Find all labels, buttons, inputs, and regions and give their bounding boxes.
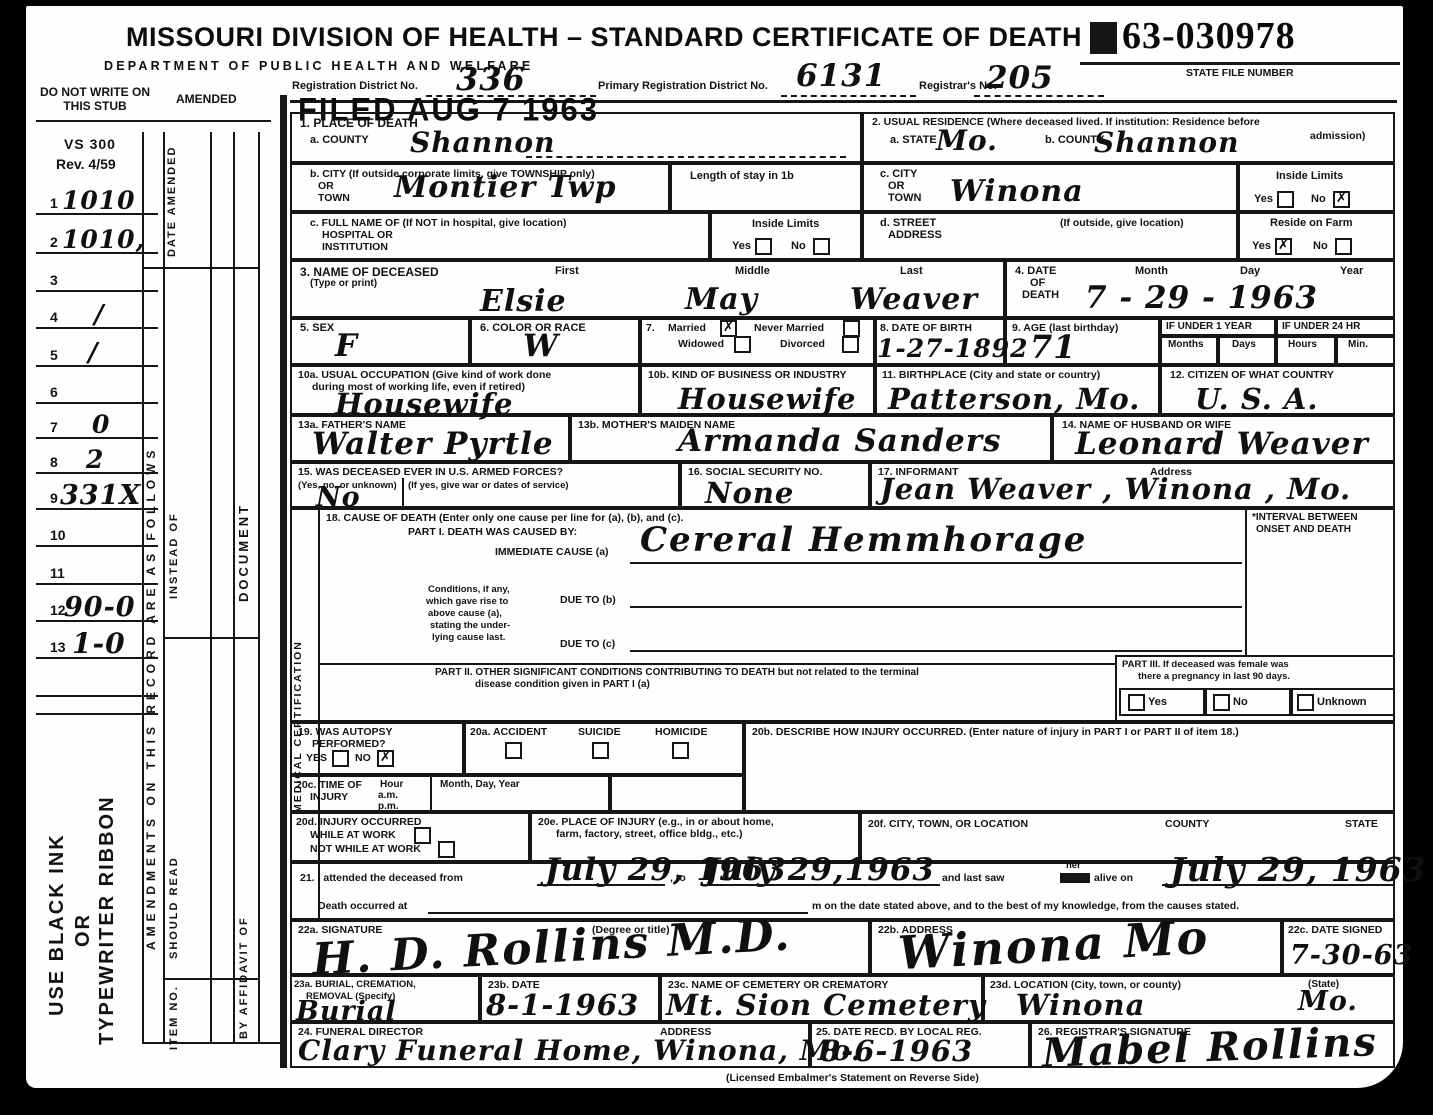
injury-occurred-label: 20d. INJURY OCCURRED	[296, 816, 421, 828]
item7-label: 7.	[646, 322, 655, 334]
age-value: 71	[1030, 328, 1077, 366]
sex-label: 5. SEX	[300, 322, 334, 334]
stub-line-num: 6	[50, 384, 58, 400]
stub-line-value: /	[94, 300, 105, 330]
not-while-work-label: NOT WHILE AT WORK	[310, 843, 421, 855]
industry-value: Housewife	[678, 382, 857, 416]
residence-town-label: TOWN	[888, 192, 921, 204]
conditions-line2: which gave rise to	[426, 596, 508, 607]
state-file-number-label: STATE FILE NUMBER	[1186, 67, 1294, 79]
scanned-death-certificate: MISSOURI DIVISION OF HEALTH – STANDARD C…	[0, 0, 1433, 1115]
occupation-label: 10a. USUAL OCCUPATION (Give kind of work…	[298, 369, 551, 381]
burial-label: 23a. BURIAL, CREMATION,	[294, 979, 416, 990]
farm-label: Reside on Farm	[1270, 217, 1353, 229]
place-heading: 1. PLACE OF DEATH	[300, 116, 418, 130]
residence-limits-yes-checkbox	[1277, 191, 1294, 208]
cemetery-location-value: Winona	[1016, 988, 1145, 1022]
part2-label1: PART II. OTHER SIGNIFICANT CONDITIONS CO…	[435, 667, 919, 678]
residence-city-label: c. CITY	[880, 168, 917, 180]
stub-line-num: 9	[50, 490, 58, 506]
preg-yes-label: Yes	[1148, 696, 1167, 708]
months-label: Months	[1168, 339, 1204, 350]
last-saw-label: and last saw	[942, 872, 1004, 884]
by-affidavit-label: BY AFFIDAVIT OF	[238, 895, 250, 1060]
place-city-value: Montier Twp	[394, 170, 616, 205]
date-amended-label: DATE AMENDED	[166, 140, 178, 262]
cell-time-blank	[610, 775, 744, 812]
dob-value: 1-27-1892	[877, 334, 1029, 363]
citizen-label: 12. CITIZEN OF WHAT COUNTRY	[1170, 369, 1334, 381]
hospital-limits-no-label: No	[791, 240, 806, 252]
stub-line-num: 8	[50, 454, 58, 470]
death-occurred-post: m on the date stated above, and to the b…	[812, 900, 1239, 912]
autopsy-label2: PERFORMED?	[312, 738, 386, 750]
time-injury-label2: INJURY	[310, 791, 348, 803]
middle-label: Middle	[735, 265, 770, 277]
amended-label: AMENDED	[176, 92, 237, 106]
primary-district-value: 6131	[796, 58, 886, 94]
last-name-value: Weaver	[850, 282, 978, 317]
residence-state-value: Mo.	[936, 124, 998, 157]
forces-label: 15. WAS DECEASED EVER IN U.S. ARMED FORC…	[298, 466, 563, 478]
conditions-line3: above cause (a),	[428, 608, 502, 619]
place-county-label: a. COUNTY	[310, 134, 369, 146]
stub-line-value: 1010	[62, 186, 136, 215]
stub-line-value: 331X	[60, 480, 141, 511]
hospital-label2: HOSPITAL OR	[322, 229, 393, 241]
date-signed-label: 22c. DATE SIGNED	[1288, 924, 1382, 936]
hour-label: Hour	[380, 779, 403, 790]
residence-state-label: a. STATE	[890, 134, 937, 146]
alive-on-label: alive on	[1094, 872, 1133, 884]
father-value: Walter Pyrtle	[312, 426, 554, 462]
stub-line-value: 1-0	[72, 627, 126, 660]
part1-label: PART I. DEATH WAS CAUSED BY:	[408, 526, 577, 538]
autopsy-yes-checkbox	[332, 750, 349, 767]
injury-city-label: 20f. CITY, TOWN, OR LOCATION	[868, 818, 1028, 830]
stub-line-num: 1	[50, 195, 58, 211]
middle-name-value: May	[685, 282, 758, 317]
length-stay-label: Length of stay in 1b	[690, 170, 794, 182]
stamp-icon	[1090, 22, 1117, 54]
hospital-limits-label: Inside Limits	[752, 218, 819, 230]
stub-line-num: 4	[50, 309, 58, 325]
amendments-label: AMENDMENTS ON THIS RECORD ARE AS FOLLOWS	[144, 360, 158, 1036]
date-received-value: 8-6-1963	[820, 1034, 973, 1068]
not-while-work-checkbox	[438, 841, 455, 858]
accident-checkbox	[505, 742, 522, 759]
interval-label1: *INTERVAL BETWEEN	[1252, 512, 1358, 523]
interval-label2: ONSET AND DEATH	[1256, 524, 1351, 535]
registrar-no-value: 205	[986, 60, 1054, 96]
conditions-line1: Conditions, if any,	[428, 584, 510, 595]
state-file-number: 63-030978	[1122, 14, 1296, 58]
under1-label: IF UNDER 1 YEAR	[1166, 321, 1252, 332]
should-read-label: SHOULD READ	[168, 840, 180, 975]
death-occurred-label: Death occurred at	[318, 900, 407, 912]
year-label: Year	[1340, 265, 1363, 277]
typewriter-ribbon-label: TYPEWRITER RIBBON	[96, 770, 119, 1070]
autopsy-no-checkbox: ✗	[377, 750, 394, 767]
hospital-label3: INSTITUTION	[322, 241, 388, 253]
autopsy-yes-label: YES	[306, 752, 327, 764]
dod-label1: 4. DATE	[1015, 265, 1056, 277]
page-title: MISSOURI DIVISION OF HEALTH – STANDARD C…	[126, 22, 1082, 53]
month-day-year-label: Month, Day, Year	[440, 779, 520, 790]
dod-label3: DEATH	[1022, 289, 1059, 301]
days-label: Days	[1232, 339, 1256, 350]
place-county-value: Shannon	[410, 126, 555, 159]
hospital-limits-yes-checkbox	[755, 238, 772, 255]
under24-label: IF UNDER 24 HR	[1282, 321, 1360, 332]
mother-value: Armanda Sanders	[678, 423, 1002, 459]
preg-no-checkbox	[1213, 694, 1230, 711]
stub-line-value: 2	[86, 445, 104, 474]
ssn-value: None	[705, 476, 794, 510]
stub-line-num: 2	[50, 234, 58, 250]
due-to-b-label: DUE TO (b)	[560, 594, 616, 606]
cemetery-value: Mt. Sion Cemetery	[666, 988, 986, 1022]
married-label: Married	[668, 322, 706, 334]
homicide-checkbox	[672, 742, 689, 759]
farm-no-checkbox	[1335, 238, 1352, 255]
hours-label: Hours	[1288, 339, 1317, 350]
place-injury-label2: farm, factory, street, office bldg., etc…	[556, 828, 743, 840]
funeral-director-value: Clary Funeral Home, Winona, Mo.	[298, 1034, 862, 1067]
part3-label1: PART III. If deceased was female was	[1122, 659, 1289, 670]
informant-value: Jean Weaver , Winona , Mo.	[880, 472, 1351, 506]
use-black-ink-label: USE BLACK INK	[46, 790, 69, 1060]
stub-line-value: 0	[92, 410, 110, 439]
street-label: d. STREET	[880, 217, 936, 229]
residence-limits-label: Inside Limits	[1276, 170, 1343, 182]
suicide-checkbox	[592, 742, 609, 759]
attended-to-value: July 29,1963	[705, 852, 935, 888]
type-print-label: (Type or print)	[310, 278, 377, 289]
stub-line-value: 1010,	[62, 225, 145, 254]
item-no-label: ITEM NO.	[168, 982, 180, 1054]
month-label: Month	[1135, 265, 1168, 277]
autopsy-label1: 19. WAS AUTOPSY	[298, 726, 393, 738]
farm-yes-checkbox: ✗	[1275, 238, 1292, 255]
stub-line-num: 13	[50, 639, 66, 655]
conditions-line4: stating the under-	[430, 620, 510, 631]
preg-unknown-label: Unknown	[1317, 696, 1367, 708]
how-injury-label: 20b. DESCRIBE HOW INJURY OCCURRED. (Ente…	[752, 726, 1239, 738]
widowed-label: Widowed	[678, 338, 724, 350]
homicide-label: HOMICIDE	[655, 726, 708, 738]
part3-label2: there a pregnancy in last 90 days.	[1138, 671, 1290, 682]
accident-label: 20a. ACCIDENT	[470, 726, 547, 738]
while-work-label: WHILE AT WORK	[310, 829, 396, 841]
injury-state-label: STATE	[1345, 818, 1378, 830]
min-label: Min.	[1348, 339, 1368, 350]
stub-divider	[280, 95, 287, 1068]
residence-city-value: Winona	[950, 174, 1084, 209]
to-label: , to	[670, 872, 686, 884]
forces-note2: (If yes, give war or dates of service)	[408, 480, 569, 491]
burial-date-value: 8-1-1963	[486, 988, 639, 1022]
autopsy-no-label: NO	[355, 752, 371, 764]
her-label: her	[1066, 860, 1081, 871]
industry-label: 10b. KIND OF BUSINESS OR INDUSTRY	[648, 369, 847, 381]
form-code: VS 300	[64, 136, 116, 152]
embalmer-footer: (Licensed Embalmer's Statement on Revers…	[726, 1072, 979, 1084]
first-name-value: Elsie	[480, 284, 567, 319]
birthplace-value: Patterson, Mo.	[888, 382, 1140, 416]
stub-line-num: 5	[50, 347, 58, 363]
residence-county-value: Shannon	[1094, 126, 1239, 159]
date-signed-value: 7-30-63	[1290, 940, 1413, 971]
conditions-line5: lying cause last.	[432, 632, 505, 643]
dod-label2: OF	[1030, 277, 1045, 289]
place-injury-label1: 20e. PLACE OF INJURY (e.g., in or about …	[538, 816, 774, 828]
stub-line-value: /	[88, 338, 99, 368]
residence-or-label: OR	[888, 180, 905, 192]
stub-line-num: 7	[50, 419, 58, 435]
while-work-checkbox	[414, 827, 431, 844]
outside-note-label: (If outside, give location)	[1060, 217, 1184, 229]
sex-value: F	[335, 328, 358, 364]
pm-label: p.m.	[378, 801, 399, 812]
am-label: a.m.	[378, 790, 398, 801]
stub-line-value: 90-0	[64, 592, 136, 623]
use-black-ink-or: OR	[72, 900, 95, 960]
never-married-checkbox	[843, 320, 860, 337]
hospital-label: c. FULL NAME OF (If NOT in hospital, giv…	[310, 217, 566, 229]
instead-of-label: INSTEAD OF	[168, 478, 180, 633]
due-to-c-label: DUE TO (c)	[560, 638, 615, 650]
birthplace-label: 11. BIRTHPLACE (City and state or countr…	[882, 369, 1100, 381]
preg-no-label: No	[1233, 696, 1248, 708]
part2-label2: disease condition given in PART I (a)	[475, 679, 650, 690]
preg-yes-checkbox	[1128, 694, 1145, 711]
do-not-write-label: DO NOT WRITE ON THIS STUB	[40, 85, 150, 113]
primary-district-label: Primary Registration District No.	[598, 80, 768, 92]
stub-line-num: 11	[50, 565, 65, 581]
redaction-blot	[1060, 873, 1090, 883]
married-checkbox: ✗	[720, 320, 737, 337]
preg-unknown-checkbox	[1297, 694, 1314, 711]
widowed-checkbox	[734, 336, 751, 353]
place-town-label: TOWN	[318, 192, 350, 204]
immediate-cause-label: IMMEDIATE CAUSE (a)	[495, 546, 609, 558]
street-address-label: ADDRESS	[888, 229, 942, 241]
date-of-death-value: 7 - 29 - 1963	[1085, 280, 1318, 316]
time-injury-label1: 20c. TIME OF	[296, 779, 362, 791]
farm-no-label: No	[1313, 240, 1328, 252]
name-label: 3. NAME OF DECEASED	[300, 265, 439, 279]
certificate-page: MISSOURI DIVISION OF HEALTH – STANDARD C…	[26, 6, 1403, 1088]
divorced-label: Divorced	[780, 338, 825, 350]
residence-limits-yes-label: Yes	[1254, 193, 1273, 205]
first-label: First	[555, 265, 579, 277]
spouse-value: Leonard Weaver	[1075, 426, 1369, 462]
location-state-value: Mo.	[1298, 986, 1358, 1017]
farm-yes-label: Yes	[1252, 240, 1271, 252]
last-label: Last	[900, 265, 923, 277]
form-revision: Rev. 4/59	[56, 156, 116, 172]
place-or-label: OR	[318, 180, 334, 192]
hospital-limits-yes-label: Yes	[732, 240, 751, 252]
suicide-label: SUICIDE	[578, 726, 621, 738]
citizen-value: U. S. A.	[1195, 382, 1319, 416]
residence-limits-no-checkbox: ✗	[1333, 191, 1350, 208]
dob-label: 8. DATE OF BIRTH	[880, 322, 972, 334]
never-married-label: Never Married	[754, 322, 824, 334]
stub-line-num: 10	[50, 527, 66, 543]
cause-heading: 18. CAUSE OF DEATH (Enter only one cause…	[326, 512, 683, 524]
divorced-checkbox	[842, 336, 859, 353]
race-value: W	[523, 328, 559, 364]
stub-line-num: 3	[50, 272, 58, 288]
hospital-limits-no-checkbox	[813, 238, 830, 255]
injury-county-label: COUNTY	[1165, 818, 1209, 830]
residence-heading2: admission)	[1310, 130, 1365, 142]
attended-label: 21. I attended the deceased from	[300, 872, 463, 884]
day-label: Day	[1240, 265, 1260, 277]
document-label: DOCUMENT	[236, 470, 251, 635]
immediate-cause-value: Cereral Hemmhorage	[640, 520, 1087, 560]
residence-limits-no-label: No	[1311, 193, 1326, 205]
